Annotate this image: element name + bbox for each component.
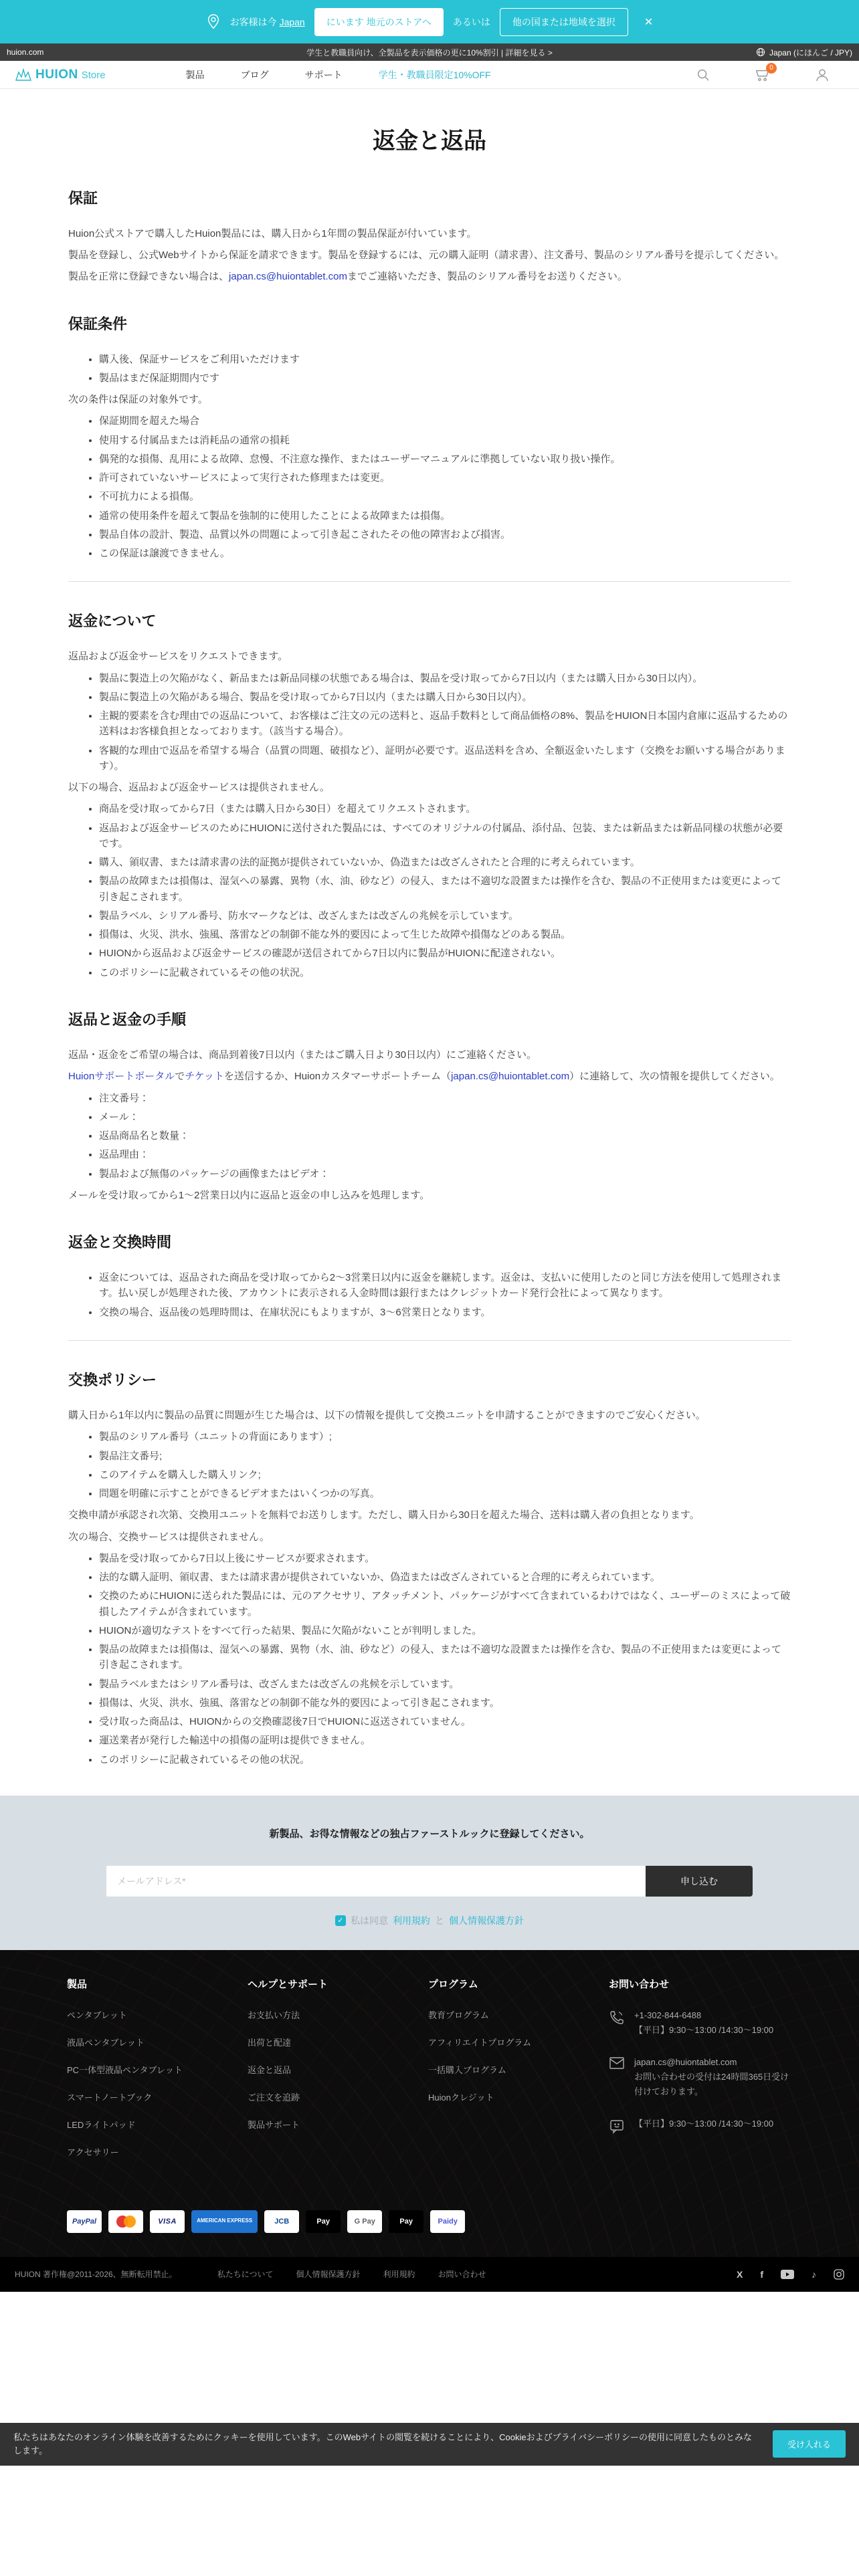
brand-suffix: Store: [82, 70, 106, 81]
procedure-heading: 返品と返金の手順: [68, 1008, 791, 1031]
main-nav: 製品 ブログ サポート 学生・教職員限定10%OFF: [186, 68, 491, 82]
contact-chat-row: 【平日】9:30～13:00 /14:30～19:00: [609, 2117, 792, 2134]
footer-link[interactable]: アクセサリー: [67, 2145, 248, 2158]
phone-icon: [609, 2008, 625, 2038]
exchange-exclusions-list: 製品を受け取ってから7日以上後にサービスが要求されます。法的な購入証明、領収書、…: [68, 1551, 791, 1767]
footer-link[interactable]: お支払い方法: [248, 2008, 428, 2021]
warranty-heading: 保証: [68, 187, 791, 210]
list-item: 客観的な理由で返品を希望する場合（品質の問題、破損など）、証明が必要です。返品送…: [99, 743, 791, 774]
footer-link[interactable]: ペンタブレット: [67, 2008, 248, 2021]
footer-link[interactable]: ご注文を追跡: [248, 2090, 428, 2103]
contact-phone-number[interactable]: +1-302-844-6488: [634, 2008, 773, 2023]
list-item: 製品自体の設計、製造、品質以外の問題によって引き起こされたその他の障害および損害…: [99, 527, 791, 542]
list-item: このアイテムを購入した購入リンク;: [99, 1467, 791, 1483]
refunds-conditions-list: 製品に製造上の欠陥がなく、新品または新品同様の状態である場合は、製品を受け取って…: [68, 671, 791, 774]
footer-col-title: お問い合わせ: [609, 1977, 792, 1991]
contact-phone-row: +1-302-844-6488 【平日】9:30～13:00 /14:30～19…: [609, 2008, 792, 2038]
paypal-badge: PayPal: [67, 2210, 102, 2233]
brand-name: HUION: [35, 68, 78, 82]
footer-link[interactable]: Huionクレジット: [428, 2090, 609, 2103]
privacy-link[interactable]: 個人情報保護方針: [449, 1914, 524, 1927]
list-item: 通常の使用条件を超えて製品を強制的に使用したことによる故障または損傷。: [99, 508, 791, 524]
section-divider: [68, 581, 791, 582]
warranty-p1: Huion公式ストアで購入したHuion製品には、購入日から1年間の製品保証が付…: [68, 226, 791, 241]
cookie-message: 私たちはあなたのオンライン体験を改善するためにクッキーを使用しています。このWe…: [13, 2431, 759, 2457]
consent-text: 私は同意: [351, 1914, 388, 1927]
contact-email-address[interactable]: japan.cs@huiontablet.com: [634, 2055, 792, 2070]
footer-col-help: ヘルプとサポート お支払い方法出荷と配達返金と返品ご注文を追跡製品サポート: [248, 1977, 428, 2173]
site-header: HUION Store 製品 ブログ サポート 学生・教職員限定10%OFF 0: [0, 61, 859, 89]
list-item: 運送業者が発行した輸送中の損傷の証明は提供できません。: [99, 1733, 791, 1748]
x-twitter-icon[interactable]: X: [737, 2269, 743, 2280]
section-divider: [68, 1340, 791, 1341]
search-icon[interactable]: [696, 68, 710, 82]
google-pay-badge: G Pay: [347, 2210, 382, 2233]
list-item: HUIONから返品および返金サービスの確認が送信されてから7日以内に製品がHUI…: [99, 946, 791, 961]
procedure-info-list: 注文番号：メール：返品商品名と数量：返品理由：製品および無傷のパッケージの画像ま…: [68, 1091, 791, 1182]
account-icon[interactable]: [815, 68, 830, 82]
list-item: 製品の故障または損傷は、湿気への暴露、異物（水、油、砂など）の侵入、または不適切…: [99, 1642, 791, 1673]
contact-email-row: japan.cs@huiontablet.com お問い合わせの受付は24時間3…: [609, 2055, 792, 2099]
support-email-link[interactable]: japan.cs@huiontablet.com: [451, 1071, 569, 1082]
list-item: 購入、領収書、または請求書の法的証拠が提供されていないか、偽造または改ざんされた…: [99, 855, 791, 870]
youtube-icon[interactable]: [781, 2270, 794, 2279]
footer-link[interactable]: 製品サポート: [248, 2118, 428, 2131]
footer-link[interactable]: PC一体型液晶ペンタブレット: [67, 2063, 248, 2076]
warranty-conditions-list: 購入後、保証サービスをご利用いただけます製品はまだ保証期間内です: [68, 352, 791, 387]
footer-link[interactable]: 出荷と配達: [248, 2036, 428, 2048]
page-title: 返金と返品: [68, 124, 791, 159]
list-item: 損傷は、火災、洪水、強風、落雷などの制御不能な外的要因によって引き起こされます。: [99, 1695, 791, 1711]
terms-link[interactable]: 利用規約: [393, 1914, 430, 1927]
mastercard-badge: [108, 2210, 143, 2233]
privacy-policy-link[interactable]: 個人情報保護方針: [296, 2268, 360, 2280]
footer-link[interactable]: スマートノートブック: [67, 2090, 248, 2103]
list-item: 受け取った商品は、HUIONからの交換確認後7日でHUIONに返送されていません…: [99, 1714, 791, 1729]
list-item: 偶発的な損傷、乱用による故障、怠慢、不注意な操作、またはユーザーマニュアルに準拠…: [99, 451, 791, 467]
list-item: 問題を明確に示すことができるビデオまたはいくつかの写真。: [99, 1486, 791, 1501]
nav-student-discount[interactable]: 学生・教職員限定10%OFF: [379, 68, 491, 82]
local-store-button[interactable]: にいます 地元のストアへ: [314, 8, 444, 36]
nav-blog[interactable]: ブログ: [241, 68, 269, 82]
list-item: 使用する付属品または消耗品の通常の損耗: [99, 433, 791, 448]
tiktok-icon[interactable]: ♪: [812, 2269, 816, 2280]
ticket-link[interactable]: チケット: [185, 1071, 224, 1082]
warranty-p2: 製品を登録し、公式Webサイトから保証を請求できます。製品を登録するには、元の購…: [68, 247, 791, 263]
timing-list: 返金については、返品された商品を受け取ってから2～3営業日以内に返金を継続します…: [68, 1270, 791, 1320]
list-item: 製品に製造上の欠陥がなく、新品または新品同様の状態である場合は、製品を受け取って…: [99, 671, 791, 686]
consent-and: と: [435, 1914, 444, 1927]
locale-selector[interactable]: Japan (にほんご / JPY): [705, 47, 852, 58]
nav-support[interactable]: サポート: [305, 68, 343, 82]
footer-col-programs: プログラム 教育プログラムアフィリエイトプログラム一括購入プログラムHuionク…: [428, 1977, 609, 2173]
newsletter-section: 新製品、お得な情報などの独占ファーストルックに登録してください。 申し込む ✓ …: [0, 1796, 859, 1950]
amex-badge: AMERICAN EXPRESS: [191, 2210, 258, 2233]
list-item: 製品の故障または損傷は、湿気への暴露、異物（水、油、砂など）の侵入、または不適切…: [99, 873, 791, 905]
header-icons: 0: [696, 68, 844, 82]
footer-col-title: 製品: [67, 1977, 248, 1991]
list-item: 損傷は、火災、洪水、強風、落雷などの制御不能な外的要因によって生じた故障や損傷な…: [99, 927, 791, 942]
chat-icon: [609, 2117, 625, 2134]
list-item: メール：: [99, 1109, 791, 1125]
list-item: このポリシーに記載されているその他の状況。: [99, 1752, 791, 1767]
list-item: このポリシーに記載されているその他の状況。: [99, 965, 791, 980]
list-item: 製品はまだ保証期間内です: [99, 370, 791, 386]
footer-link[interactable]: 返金と返品: [248, 2063, 428, 2076]
site-footer: 製品 ペンタブレット液晶ペンタブレットPC一体型液晶ペンタブレットスマートノート…: [0, 1950, 859, 2257]
list-item: 返品商品名と数量：: [99, 1128, 791, 1144]
list-item: 製品注文番号;: [99, 1448, 791, 1464]
list-item: 製品ラベルまたはシリアル番号は、改ざんまたは改ざんの兆候を示しています。: [99, 1677, 791, 1692]
footer-link[interactable]: 液晶ペンタブレット: [67, 2036, 248, 2048]
newsletter-form: 申し込む: [106, 1866, 753, 1897]
warranty-exclusions-intro: 次の条件は保証の対象外です。: [68, 392, 791, 407]
list-item: 製品および無傷のパッケージの画像またはビデオ：: [99, 1166, 791, 1182]
footer-link[interactable]: アフィリエイトプログラム: [428, 2036, 609, 2048]
promo-bar: huion.com 学生と教職員向け、全製品を表示価格の更に10%割引 | 詳細…: [0, 43, 859, 61]
timing-heading: 返金と交換時間: [68, 1231, 791, 1254]
contact-link[interactable]: お問い合わせ: [438, 2268, 486, 2280]
jcb-badge: JCB: [264, 2210, 299, 2233]
warranty-p3: 製品を正常に登録できない場合は、japan.cs@huiontablet.com…: [68, 269, 791, 284]
newsletter-heading: 新製品、お得な情報などの独占ファーストルックに登録してください。: [0, 1826, 859, 1840]
list-item: HUIONが適切なテストをすべて行った結果、製品に欠陥がないことが判明しました。: [99, 1623, 791, 1638]
geo-prefix-text: お客様は今 Japan: [230, 15, 305, 29]
cookie-consent-bar: 私たちはあなたのオンライン体験を改善するためにクッキーを使用しています。このWe…: [0, 2423, 859, 2466]
support-portal-link[interactable]: Huionサポートポータル: [68, 1071, 175, 1082]
footer-link[interactable]: 一括購入プログラム: [428, 2063, 609, 2076]
refunds-intro: 返品および返金サービスをリクエストできます。: [68, 649, 791, 664]
exchange-exclusions-intro: 次の場合、交換サービスは提供されません。: [68, 1529, 791, 1545]
list-item: 返金については、返品された商品を受け取ってから2～3営業日以内に返金を継続します…: [99, 1270, 791, 1301]
warranty-exclusions-list: 保証期間を超えた場合使用する付属品または消耗品の通常の損耗偶発的な損傷、乱用によ…: [68, 413, 791, 561]
cookie-accept-button[interactable]: 受け入れる: [773, 2430, 846, 2458]
list-item: 製品を受け取ってから7日以上後にサービスが要求されます。: [99, 1551, 791, 1566]
paidy-badge: Paidy: [430, 2210, 465, 2233]
list-item: 注文番号：: [99, 1091, 791, 1106]
list-item: 返品および返金サービスのためにHUIONに送付された製品には、すべてのオリジナル…: [99, 821, 791, 852]
geo-location-link[interactable]: Japan: [280, 17, 305, 27]
exchange-info-list: 製品のシリアル番号（ユニットの背面にあります）;製品注文番号;このアイテムを購入…: [68, 1429, 791, 1501]
newsletter-consent: ✓ 私は同意 利用規約 と 個人情報保護方針: [0, 1914, 859, 1927]
mail-icon: [609, 2055, 625, 2099]
list-item: 許可されていないサービスによって実行された修理または変更。: [99, 470, 791, 486]
exchange-intro: 購入日から1年以内に製品の品質に問題が生じた場合は、以下の情報を提供して交換ユニ…: [68, 1408, 791, 1423]
support-email-link[interactable]: japan.cs@huiontablet.com: [229, 271, 347, 282]
contact-phone-hours: 【平日】9:30～13:00 /14:30～19:00: [634, 2023, 773, 2038]
list-item: 製品のシリアル番号（ユニットの背面にあります）;: [99, 1429, 791, 1444]
exchange-heading: 交換ポリシー: [68, 1369, 791, 1392]
geo-notification-bar: お客様は今 Japan にいます 地元のストアへ あるいは 他の国または地域を選…: [0, 0, 859, 43]
pay-badge: Pay: [389, 2210, 423, 2233]
consent-checkbox[interactable]: ✓: [335, 1915, 346, 1926]
list-item: 法的な購入証明、領収書、または請求書が提供されていないか、偽造または改ざんされて…: [99, 1570, 791, 1585]
visa-badge: VISA: [150, 2210, 185, 2233]
footer-col-contact: お問い合わせ +1-302-844-6488 【平日】9:30～13:00 /1…: [609, 1977, 792, 2173]
page-bottom-spacer: [0, 2292, 859, 2423]
procedure-p3: メールを受け取ってから1～2営業日以内に返品と返金の申し込みを処理します。: [68, 1188, 791, 1203]
cart-icon[interactable]: 0: [755, 68, 771, 82]
terms-of-use-link[interactable]: 利用規約: [383, 2268, 415, 2280]
list-item: 製品に製造上の欠陥がある場合、製品を受け取ってから7日以内（または購入日から30…: [99, 689, 791, 705]
huion-store-logo[interactable]: HUION Store: [15, 68, 106, 82]
list-item: 返品理由：: [99, 1147, 791, 1162]
apple-pay-badge: Pay: [306, 2210, 341, 2233]
subscribe-button[interactable]: 申し込む: [646, 1866, 753, 1897]
huion-crown-icon: [15, 68, 32, 82]
list-item: 保証期間を超えた場合: [99, 413, 791, 429]
footer-col-products: 製品 ペンタブレット液晶ペンタブレットPC一体型液晶ペンタブレットスマートノート…: [67, 1977, 248, 2173]
email-input[interactable]: [106, 1866, 646, 1897]
footer-link[interactable]: 教育プログラム: [428, 2008, 609, 2021]
copyright-text: HUION 著作権@2011-2026、無断転用禁止。: [15, 2268, 177, 2280]
social-icons: X f ♪: [737, 2269, 844, 2280]
locale-label: Japan (にほんご / JPY): [769, 47, 852, 58]
procedure-p2: Huionサポートポータルでチケットを送信するか、Huionカスタマーサポートチ…: [68, 1069, 791, 1084]
list-item: 商品を受け取ってから7日（または購入日から30日）を超えてリクエストされます。: [99, 801, 791, 817]
cart-count-badge: 0: [766, 63, 777, 74]
payment-methods: PayPal VISA AMERICAN EXPRESS JCB Pay G P…: [67, 2210, 792, 2233]
instagram-icon[interactable]: [834, 2269, 844, 2280]
contact-chat-hours: 【平日】9:30～13:00 /14:30～19:00: [634, 2117, 773, 2131]
nav-products[interactable]: 製品: [186, 68, 205, 82]
facebook-icon[interactable]: f: [760, 2269, 763, 2280]
refunds-exclusions-intro: 以下の場合、返品および返金サービスは提供されません。: [68, 780, 791, 795]
globe-icon: [756, 47, 765, 57]
refunds-exclusions-list: 商品を受け取ってから7日（または購入日から30日）を超えてリクエストされます。返…: [68, 801, 791, 980]
procedure-p1: 返品・返金をご希望の場合は、商品到着後7日以内（またはご購入日より30日以内）に…: [68, 1047, 791, 1063]
list-item: 主観的要素を含む理由での返品について、お客様はご注文の元の送料と、返品手数料とし…: [99, 708, 791, 740]
main-content: 返金と返品 保証 Huion公式ストアで購入したHuion製品には、購入日から1…: [68, 124, 791, 1767]
location-pin-icon: [206, 13, 221, 31]
legal-links: 私たちについて 個人情報保護方針 利用規約 お問い合わせ: [217, 2268, 486, 2280]
about-link[interactable]: 私たちについて: [217, 2268, 274, 2280]
bottom-bar: HUION 著作権@2011-2026、無断転用禁止。 私たちについて 個人情報…: [0, 2257, 859, 2292]
list-item: 不可抗力による損傷。: [99, 489, 791, 504]
list-item: この保証は譲渡できません。: [99, 546, 791, 561]
promo-message[interactable]: 学生と教職員向け、全製品を表示価格の更に10%割引 | 詳細を見る >: [154, 47, 705, 58]
contact-email-note: お問い合わせの受付は24時間365日受け付けております。: [634, 2070, 792, 2099]
refunds-heading: 返金について: [68, 610, 791, 633]
list-item: 製品ラベル、シリアル番号、防水マークなどは、改ざんまたは改ざんの兆候を示していま…: [99, 908, 791, 924]
warranty-conditions-heading: 保証条件: [68, 313, 791, 336]
list-item: 購入後、保証サービスをご利用いただけます: [99, 352, 791, 367]
list-item: 交換のためにHUIONに送られた製品には、元のアクセサリ、アタッチメント、パッケ…: [99, 1588, 791, 1620]
footer-col-title: プログラム: [428, 1977, 609, 1991]
geo-or-text: あるいは: [453, 15, 490, 29]
list-item: 交換の場合、返品後の処理時間は、在庫状況にもよりますが、3～6営業日となります。: [99, 1305, 791, 1320]
promo-domain-link[interactable]: huion.com: [7, 47, 154, 57]
exchange-p2: 交換申請が承認され次第、交換用ユニットを無料でお送りします。ただし、購入日から3…: [68, 1507, 791, 1523]
footer-link[interactable]: LEDライトパッド: [67, 2118, 248, 2131]
other-region-button[interactable]: 他の国または地域を選択: [500, 8, 628, 36]
footer-col-title: ヘルプとサポート: [248, 1977, 428, 1991]
close-icon[interactable]: ✕: [644, 15, 653, 29]
